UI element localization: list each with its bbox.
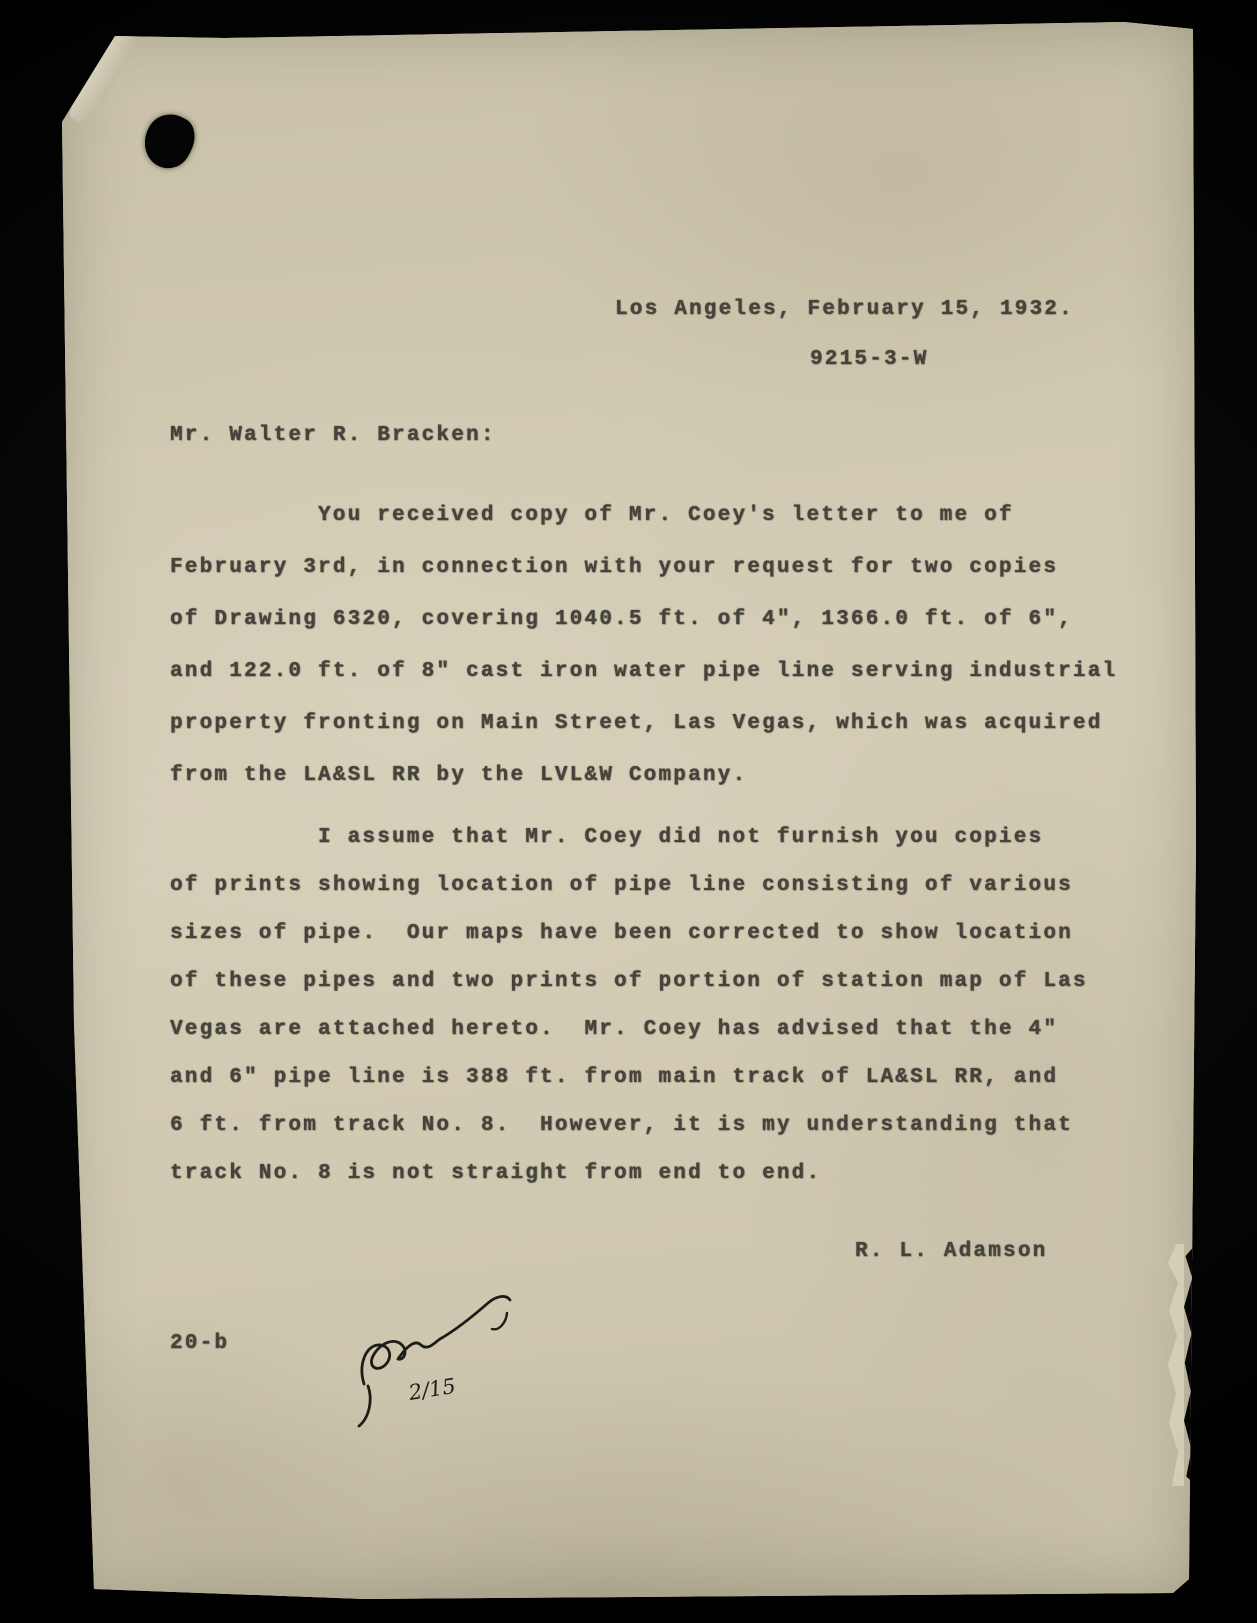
handwritten-initials <box>359 1386 370 1426</box>
paper-crease <box>0 1294 94 1620</box>
typed-line: of these pipes and two prints of portion… <box>170 970 1088 1018</box>
salutation: Mr. Walter R. Bracken: <box>170 424 496 447</box>
typed-line: 6 ft. from track No. 8. However, it is m… <box>170 1114 1088 1162</box>
paragraph-1: You received copy of Mr. Coey's letter t… <box>170 503 1117 815</box>
paragraph-2: I assume that Mr. Coey did not furnish y… <box>170 826 1088 1210</box>
typed-line: track No. 8 is not straight from end to … <box>170 1162 1088 1210</box>
handwritten-initials <box>362 1296 510 1384</box>
typed-line: February 3rd, in connection with your re… <box>170 555 1117 607</box>
torn-edge-highlight <box>1164 1244 1184 1486</box>
typed-line: of prints showing location of pipe line … <box>170 874 1088 922</box>
typed-line: I assume that Mr. Coey did not furnish y… <box>170 826 1088 874</box>
typed-line: property fronting on Main Street, Las Ve… <box>170 711 1117 763</box>
folded-corner <box>62 17 145 127</box>
stenographer-mark: 20-b <box>170 1332 229 1355</box>
file-number: 9215-3-W <box>810 348 928 371</box>
scanned-letter-background: Los Angeles, February 15, 1932. 9215-3-W… <box>0 0 1257 1623</box>
handwritten-annotation: 2/15 <box>348 1288 528 1438</box>
punch-hole <box>135 106 203 176</box>
typed-line: and 6" pipe line is 388 ft. from main tr… <box>170 1066 1088 1114</box>
typed-line: and 122.0 ft. of 8" cast iron water pipe… <box>170 659 1117 711</box>
typed-line: Vegas are attached hereto. Mr. Coey has … <box>170 1018 1088 1066</box>
letter-paper: Los Angeles, February 15, 1932. 9215-3-W… <box>62 22 1196 1601</box>
handwritten-initials <box>492 1313 507 1329</box>
typed-line: You received copy of Mr. Coey's letter t… <box>170 503 1117 555</box>
handwritten-date: 2/15 <box>406 1374 457 1405</box>
typed-line: of Drawing 6320, covering 1040.5 ft. of … <box>170 607 1117 659</box>
dateline: Los Angeles, February 15, 1932. <box>615 298 1074 321</box>
signature: R. L. Adamson <box>855 1240 1047 1263</box>
typed-line: sizes of pipe. Our maps have been correc… <box>170 922 1088 970</box>
typed-line: from the LA&SL RR by the LVL&W Company. <box>170 763 1117 815</box>
